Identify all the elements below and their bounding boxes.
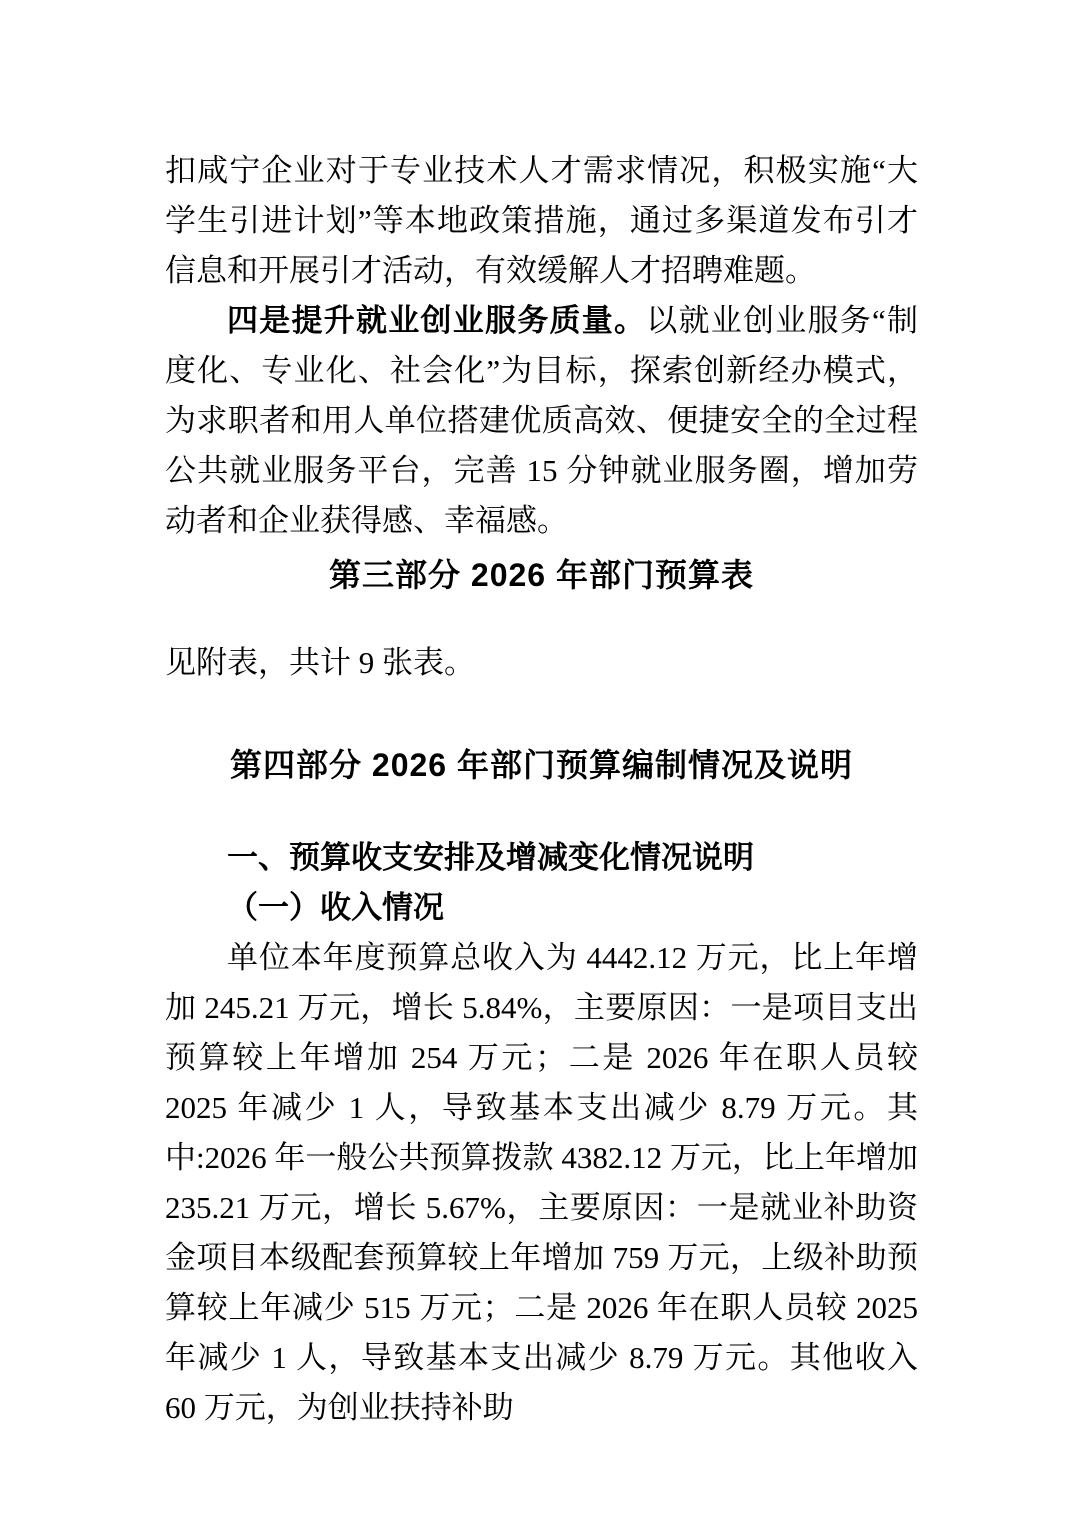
section3-attachment-note: 见附表，共计 9 张表。 (165, 638, 918, 688)
heading-income-situation: （一）收入情况 (165, 883, 918, 933)
section4-title: 第四部分 2026 年部门预算编制情况及说明 (165, 740, 918, 790)
heading-budget-revenue-expenditure: 一、预算收支安排及增减变化情况说明 (165, 833, 918, 883)
paragraph-talent-recruitment-tail: 扣咸宁企业对于专业技术人才需求情况，积极实施“大学生引进计划”等本地政策措施，通… (165, 146, 918, 296)
section3-title: 第三部分 2026 年部门预算表 (165, 550, 918, 600)
paragraph-income-detail: 单位本年度预算总收入为 4442.12 万元，比上年增加 245.21 万元，增… (165, 933, 918, 1433)
paragraph-lead-body: 以就业创业服务“制度化、专业化、社会化”为目标，探索创新经办模式，为求职者和用人… (165, 303, 918, 538)
paragraph-lead-bold: 四是提升就业创业服务质量。 (227, 303, 646, 338)
paragraph-employment-service-quality: 四是提升就业创业服务质量。以就业创业服务“制度化、专业化、社会化”为目标，探索创… (165, 296, 918, 546)
document-canvas: { "content": { "para_recruit_tail": "扣咸宁… (0, 0, 1074, 1520)
document-page: 扣咸宁企业对于专业技术人才需求情况，积极实施“大学生引进计划”等本地政策措施，通… (165, 146, 918, 1433)
